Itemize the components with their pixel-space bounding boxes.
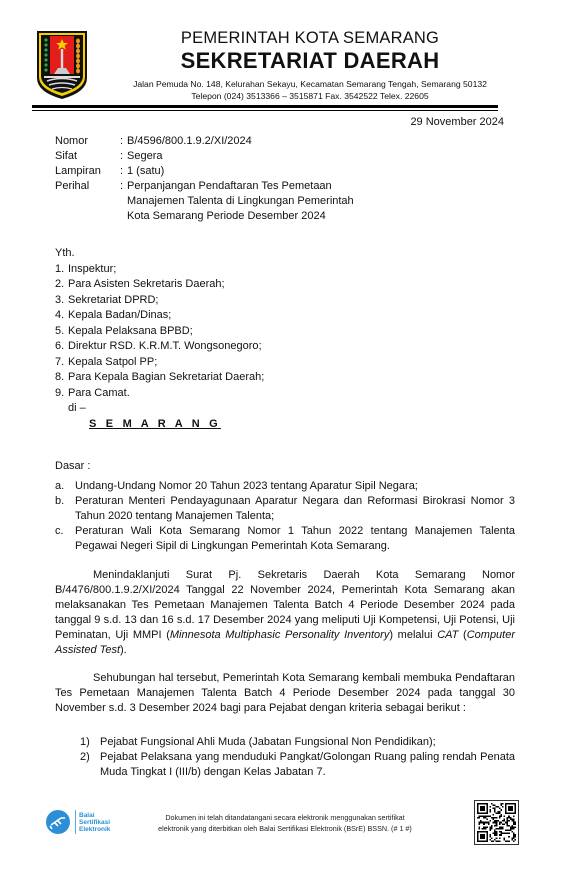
letterhead-contact: Telepon (024) 3513366 – 3515871 Fax. 354… (58, 90, 562, 102)
meta-label: Nomor (55, 134, 120, 149)
letterhead-rule-thick (32, 105, 498, 108)
recipient-city: S E M A R A N G (55, 417, 264, 433)
salutation: Yth. (55, 246, 264, 262)
recipient-list: 1.Inspektur; 2.Para Asisten Sekretaris D… (55, 262, 264, 402)
letterhead-rule-thin (32, 110, 498, 111)
recipient-location-prefix: di – (55, 401, 264, 417)
bsre-emblem-icon (46, 810, 70, 834)
recipient-item: 1.Inspektur; (55, 262, 264, 278)
meta-row-perihal: Perihal : Perpanjangan Pendaftaran Tes P… (55, 179, 417, 224)
letterhead-office: SEKRETARIAT DAERAH (0, 48, 562, 74)
meta-value-subject: Perpanjangan Pendaftaran Tes Pemetaan Ma… (127, 179, 372, 224)
bsre-divider (75, 810, 76, 834)
recipient-item: 4.Kepala Badan/Dinas; (55, 308, 264, 324)
legal-basis-heading: Dasar : (55, 459, 515, 474)
recipient-item: 9.Para Camat. (55, 386, 264, 402)
body-paragraph-2: Sehubungan hal tersebut, Pemerintah Kota… (55, 671, 515, 716)
recipient-item: 8.Para Kepala Bagian Sekretariat Daerah; (55, 370, 264, 386)
body-paragraph-1: Menindaklanjuti Surat Pj. Sekretaris Dae… (55, 568, 515, 658)
criteria-list: 1)Pejabat Fungsional Ahli Muda (Jabatan … (80, 735, 515, 780)
legal-basis-item: b.Peraturan Menteri Pendayagunaan Aparat… (55, 494, 515, 524)
meta-row-lampiran: Lampiran : 1 (satu) (55, 164, 417, 179)
meta-label: Lampiran (55, 164, 120, 179)
letterhead-address: Jalan Pemuda No. 148, Kelurahan Sekayu, … (58, 78, 562, 90)
meta-separator: : (120, 134, 127, 149)
meta-separator: : (120, 149, 127, 164)
letterhead-address-block: Jalan Pemuda No. 148, Kelurahan Sekayu, … (0, 78, 562, 102)
recipients-block: Yth. 1.Inspektur; 2.Para Asisten Sekreta… (55, 246, 264, 432)
recipient-item: 3.Sekretariat DPRD; (55, 293, 264, 309)
meta-value: 1 (satu) (127, 164, 417, 179)
e-signature-note: Dokumen ini telah ditandatangani secara … (130, 812, 440, 834)
letter-meta: Nomor : B/4596/800.1.9.2/XI/2024 Sifat :… (55, 134, 417, 224)
meta-value: Segera (127, 149, 417, 164)
criteria-item: 2)Pejabat Pelaksana yang menduduki Pangk… (80, 750, 515, 780)
recipient-item: 2.Para Asisten Sekretaris Daerah; (55, 277, 264, 293)
recipient-item: 5.Kepala Pelaksana BPBD; (55, 324, 264, 340)
meta-value: B/4596/800.1.9.2/XI/2024 (127, 134, 417, 149)
letter-page: PEMERINTAH KOTA SEMARANG SEKRETARIAT DAE… (0, 0, 562, 876)
letterhead-government: PEMERINTAH KOTA SEMARANG (0, 29, 562, 48)
meta-separator: : (120, 164, 127, 179)
letter-date: 29 November 2024 (410, 115, 504, 130)
meta-label: Perihal (55, 179, 120, 224)
meta-label: Sifat (55, 149, 120, 164)
meta-separator: : (120, 179, 127, 224)
bsre-logo: Balai Sertifikasi Elektronik (46, 808, 126, 836)
legal-basis-list: a.Undang-Undang Nomor 20 Tahun 2023 tent… (55, 479, 515, 554)
legal-basis: Dasar : a.Undang-Undang Nomor 20 Tahun 2… (55, 459, 515, 554)
meta-row-nomor: Nomor : B/4596/800.1.9.2/XI/2024 (55, 134, 417, 149)
qr-code-icon[interactable] (474, 800, 519, 845)
recipient-item: 7.Kepala Satpol PP; (55, 355, 264, 371)
bsre-wordmark: Balai Sertifikasi Elektronik (79, 812, 110, 833)
meta-row-sifat: Sifat : Segera (55, 149, 417, 164)
legal-basis-item: a.Undang-Undang Nomor 20 Tahun 2023 tent… (55, 479, 515, 494)
recipient-item: 6.Direktur RSD. K.R.M.T. Wongsonegoro; (55, 339, 264, 355)
criteria-item: 1)Pejabat Fungsional Ahli Muda (Jabatan … (80, 735, 515, 750)
legal-basis-item: c.Peraturan Wali Kota Semarang Nomor 1 T… (55, 524, 515, 554)
